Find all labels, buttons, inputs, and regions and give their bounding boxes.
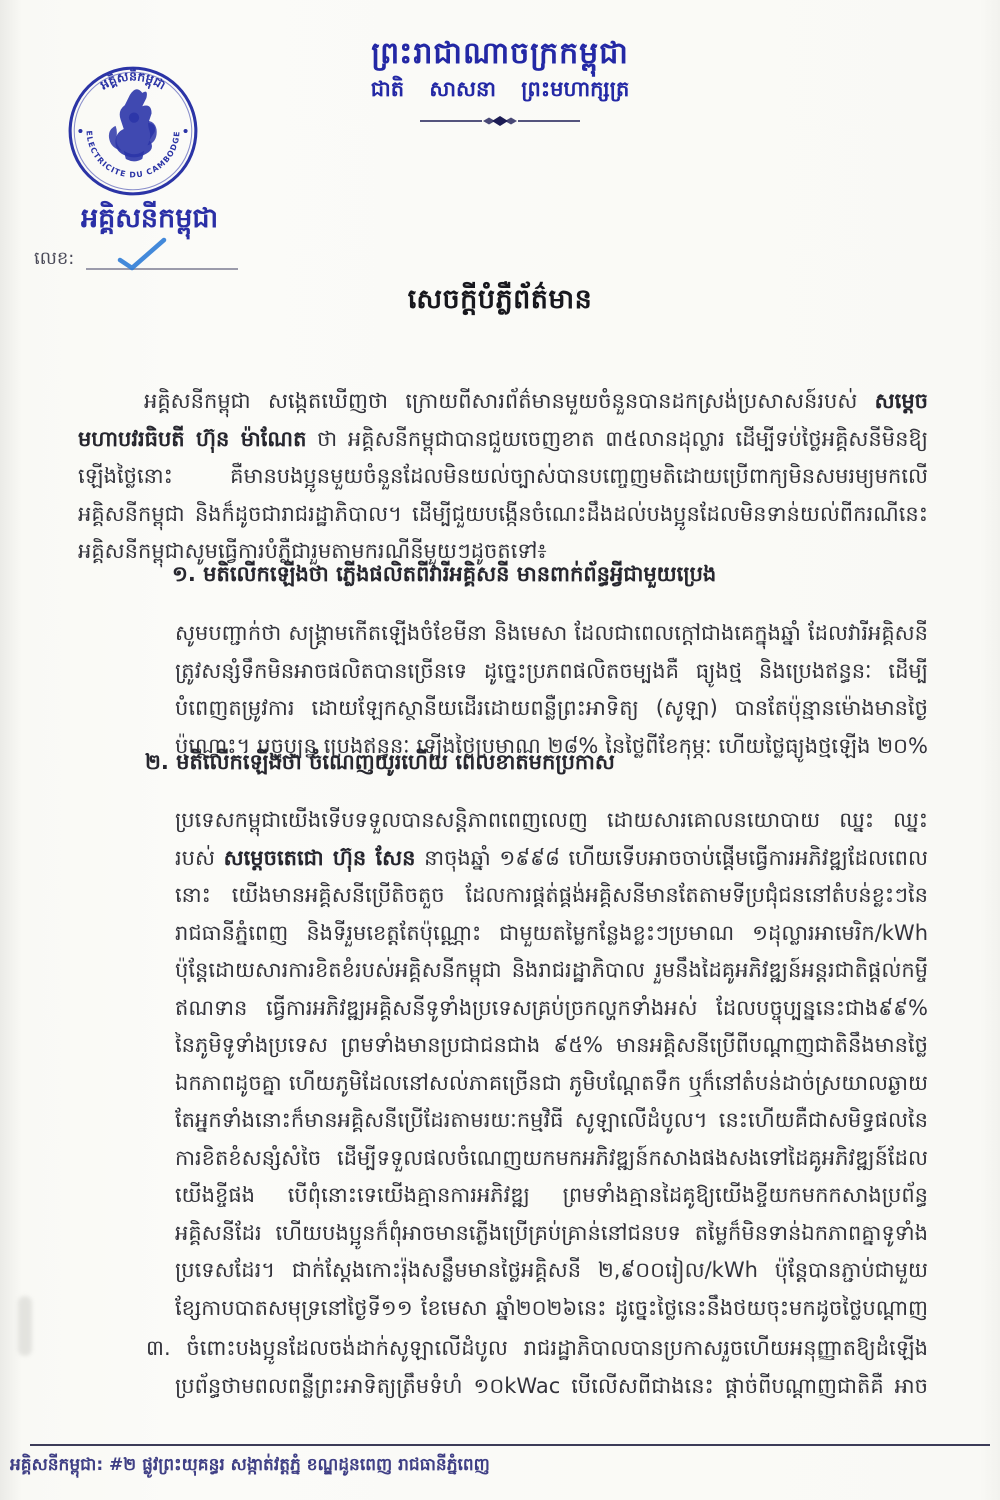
- footer-rule: [30, 1444, 990, 1446]
- section-3-body: ៣. ចំពោះបងប្អូនដែលចង់ដាក់សូឡាលើដំបូល រាជ…: [146, 1330, 928, 1408]
- seal-right-dot: [184, 129, 188, 133]
- handwritten-checkmark: [112, 236, 172, 272]
- section-2-samdech-name: សម្តេចតេជោ ហ៊ុន សែន: [224, 846, 416, 870]
- header-divider-ornament: [420, 112, 580, 130]
- footer-address: អគ្គិសនីកម្ពុជា: #២ ផ្លូវព្រះយុគន្ធរ សង្…: [10, 1454, 710, 1479]
- seal-center-emblem: [109, 89, 157, 161]
- intro-text-pre: អគ្គិសនីកម្ពុជា សង្កេតឃើញថា ក្រោយពីសារព័…: [144, 389, 875, 413]
- reference-number-label: លេខ:: [34, 246, 74, 273]
- intro-paragraph: អគ្គិសនីកម្ពុជា សង្កេតឃើញថា ក្រោយពីសារព័…: [78, 383, 928, 573]
- document-title: សេចក្តីបំភ្លឺព័ត៌មាន: [300, 283, 700, 322]
- section-2-body: ប្រទេសកម្ពុជាយើងទើបទទួលបានសន្តិភាពពេញលេញ…: [175, 802, 928, 1330]
- section-2-heading: ២. មតិលើកឡើងថា ចំណេញយូរហើយ ពេលខាតមកប្រកា…: [145, 744, 928, 782]
- kingdom-title: ព្រះរាជាណាចក្រកម្ពុជា: [280, 34, 720, 78]
- seal-top-arc-text: អគ្គិសនីកម្ពុជា: [97, 68, 168, 93]
- section-1-heading: ១. មតិលើកឡើងថា ភ្លើងផលិតពីវារីអគ្គិសនី ម…: [172, 556, 928, 594]
- section-1-body: សូមបញ្ជាក់ថា សង្គ្រាមកើតឡើងចំខែមីនា និងម…: [175, 615, 928, 765]
- scanned-letter-page: អគ្គិសនីកម្ពុជា ELECTRICITE DU CAMBODGE …: [0, 0, 1000, 1500]
- reference-number-row: លេខ:: [34, 244, 244, 274]
- seal-left-dot: [78, 129, 82, 133]
- section-2-text-post: នាចុងឆ្នាំ ១៩៩៨ ហើយទើបអាចចាប់ផ្តើមធ្វើកា…: [175, 846, 928, 1331]
- scan-smudge: [18, 1296, 32, 1356]
- national-motto: ជាតិ សាសនា ព្រះមហាក្សត្រ: [280, 76, 720, 107]
- edc-seal-logo: អគ្គិសនីកម្ពុជា ELECTRICITE DU CAMBODGE: [66, 64, 200, 198]
